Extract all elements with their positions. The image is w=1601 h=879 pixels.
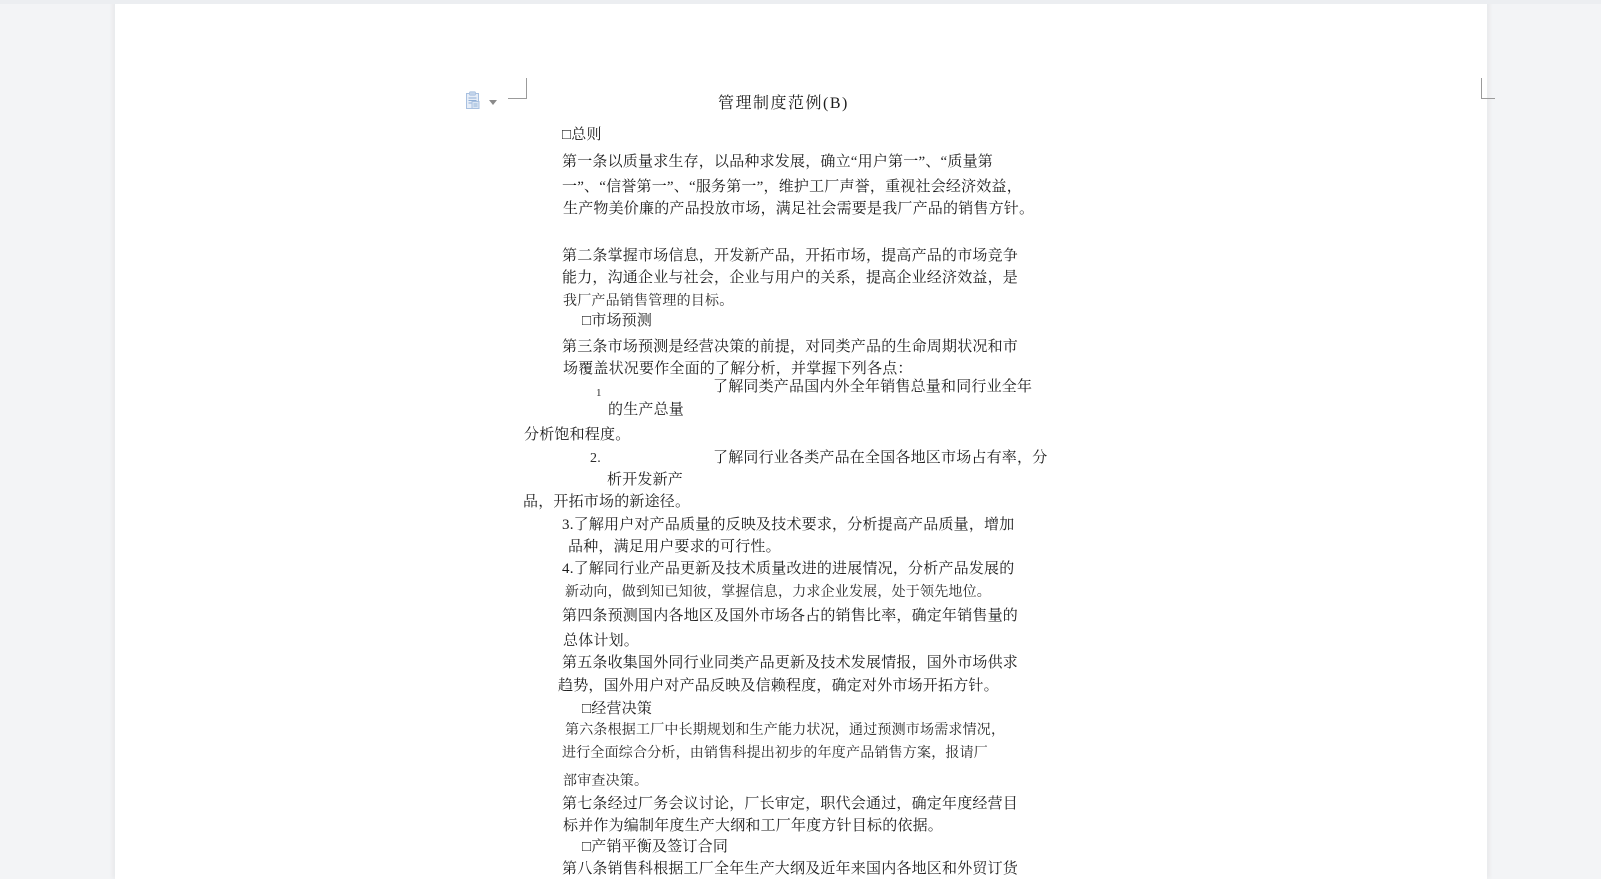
text-line: 第六条根据工厂中长期规划和生产能力状况，通过预测市场需求情况， bbox=[565, 723, 1005, 739]
section-heading: □总则 bbox=[562, 127, 602, 144]
list-item-text: 了解同行业各类产品在全国各地区市场占有率，分 bbox=[713, 450, 1047, 467]
text-line: 分析饱和程度。 bbox=[524, 427, 630, 444]
text-line: 部审查决策。 bbox=[563, 774, 648, 790]
text-line: 能力，沟通企业与社会，企业与用户的关系，提高企业经济效益，是 bbox=[562, 270, 1018, 287]
text-line: 4.了解同行业产品更新及技术质量改进的进展情况，分析产品发展的 bbox=[562, 561, 1014, 578]
text-line: 第八条销售科根据工厂全年生产大纲及近年来国内各地区和外贸订货 bbox=[562, 861, 1018, 878]
margin-corner-mark-right bbox=[1481, 78, 1495, 99]
text-line: 第二条掌握市场信息，开发新产品，开拓市场，提高产品的市场竞争 bbox=[562, 248, 1018, 265]
section-heading: □产销平衡及签订合同 bbox=[582, 839, 728, 856]
list-item-text: 了解同类产品国内外全年销售总量和同行业全年 bbox=[713, 379, 1032, 396]
paste-options-button[interactable] bbox=[463, 90, 505, 114]
list-number: 2. bbox=[590, 451, 601, 467]
text-line: 第四条预测国内各地区及国外市场各占的销售比率，确定年销售量的 bbox=[562, 608, 1018, 625]
text-line: 场覆盖状况要作全面的了解分析，并掌握下列各点： bbox=[563, 361, 913, 378]
text-line: 趋势，国外用户对产品反映及信赖程度，确定对外市场开拓方针。 bbox=[558, 678, 999, 695]
window-top-edge bbox=[0, 0, 1601, 4]
list-item-text: 的生产总量 bbox=[608, 402, 684, 419]
text-line: 品，开拓市场的新途径。 bbox=[523, 494, 690, 511]
document-title: 管理制度范例(B) bbox=[718, 95, 849, 113]
text-line: 第一条以质量求生存，以品种求发展，确立“用户第一”、“质量第 bbox=[562, 154, 993, 171]
text-line: 生产物美价廉的产品投放市场，满足社会需要是我厂产品的销售方针。 bbox=[563, 201, 1034, 218]
section-heading: □经营决策 bbox=[582, 701, 652, 718]
margin-corner-mark-left bbox=[508, 78, 527, 99]
text-line: 第三条市场预测是经营决策的前提，对同类产品的生命周期状况和市 bbox=[562, 339, 1018, 356]
text-line: 第七条经过厂务会议讨论，厂长审定，职代会通过，确定年度经营目 bbox=[562, 796, 1018, 813]
word-processor-canvas: { "window": { "canvas_color": "#f3f4f6",… bbox=[0, 0, 1601, 879]
document-page: 管理制度范例(B) □总则 第一条以质量求生存，以品种求发展，确立“用户第一”、… bbox=[115, 0, 1487, 879]
section-heading: □市场预测 bbox=[582, 313, 652, 330]
list-item-text: 析开发新产 bbox=[607, 472, 683, 489]
text-line: 标并作为编制年度生产大纲和工厂年度方针目标的依据。 bbox=[563, 818, 943, 835]
text-line: 进行全面综合分析，由销售科提出初步的年度产品销售方案，报请厂 bbox=[562, 746, 988, 762]
text-line: 一”、“信誉第一”、“服务第一”，维护工厂声誉，重视社会经济效益， bbox=[562, 179, 1022, 196]
chevron-down-icon bbox=[489, 100, 497, 105]
text-line: 品种，满足用户要求的可行性。 bbox=[568, 539, 781, 556]
list-number: 1 bbox=[596, 387, 602, 400]
text-line: 总体计划。 bbox=[563, 633, 639, 650]
text-line: 3.了解用户对产品质量的反映及技术要求，分析提高产品质量，增加 bbox=[562, 517, 1014, 534]
text-line: 新动向，做到知已知彼，掌握信息，力求企业发展，处于领先地位。 bbox=[565, 585, 991, 601]
text-line: 我厂产品销售管理的目标。 bbox=[563, 294, 733, 310]
text-line: 第五条收集国外同行业同类产品更新及技术发展情报，国外市场供求 bbox=[562, 655, 1018, 672]
